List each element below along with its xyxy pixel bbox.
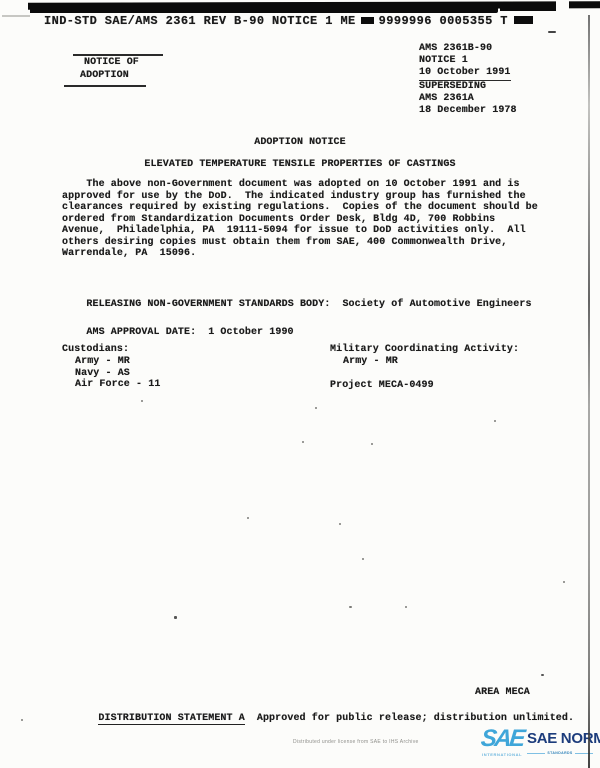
logo-rule-left [527, 753, 545, 754]
distribution-label: DISTRIBUTION STATEMENT A [98, 713, 244, 725]
superseded-doc: AMS 2361A [419, 93, 517, 105]
scan-id-text: IND-STD SAE/AMS 2361 REV B-90 NOTICE 1 M… [44, 14, 356, 28]
scan-speck [371, 443, 373, 445]
scan-top-bar-right [500, 7, 556, 11]
scan-speck [349, 606, 352, 608]
project-number: Project MECA-0499 [330, 380, 519, 392]
scan-id-code: 9999996 0005355 T [379, 14, 508, 28]
stamp-rule-top [73, 54, 163, 56]
custodian-item: Air Force - 11 [62, 379, 160, 391]
sae-international-label: INTERNATIONAL [482, 752, 522, 757]
adoption-stamp-line1: NOTICE OF [84, 57, 139, 68]
adoption-paragraph: The above non-Government document was ad… [62, 179, 538, 260]
scan-top-bar-thick [30, 7, 498, 13]
scan-speck [548, 31, 556, 33]
logo-rule-right [575, 753, 593, 754]
coordinating-value: Army - MR [330, 356, 519, 368]
distribution-text: Approved for public release; distributio… [257, 713, 574, 724]
filled-block-icon [514, 16, 533, 24]
scan-speck [362, 558, 364, 560]
scan-speck [339, 523, 341, 525]
sae-logo-icon: SAE [480, 725, 525, 753]
approval-label: AMS APPROVAL DATE: [86, 327, 196, 338]
coordinating-label: Military Coordinating Activity: [330, 344, 519, 356]
releasing-label: RELEASING NON-GOVERNMENT STANDARDS BODY: [86, 299, 330, 310]
doc-number: AMS 2361B-90 [419, 43, 517, 55]
license-watermark-text: Distributed under license from SAE to IH… [293, 739, 419, 745]
area-designation: AREA MECA [475, 687, 530, 698]
stamp-rule-bottom [64, 85, 146, 87]
filled-block-icon [361, 17, 374, 24]
scan-speck [541, 674, 544, 676]
superseded-date: 18 December 1978 [419, 105, 517, 117]
document-id-block: AMS 2361B-90 NOTICE 1 10 October 1991 SU… [419, 43, 517, 117]
custodian-item: Navy - AS [62, 368, 160, 380]
custodians-label: Custodians: [62, 344, 160, 356]
scan-speck [405, 606, 407, 608]
approval-value: 1 October 1990 [208, 327, 293, 338]
adoption-stamp-line2: ADOPTION [80, 70, 129, 81]
sae-norm-subtitle: STANDARDS [527, 751, 593, 755]
scan-speck [315, 407, 317, 409]
scan-id-header: IND-STD SAE/AMS 2361 REV B-90 NOTICE 1 M… [44, 14, 538, 28]
scan-speck [494, 420, 496, 422]
superseding-label: SUPERSEDING [419, 81, 517, 93]
scan-speck [247, 517, 249, 519]
custodians-block: Custodians: Army - MR Navy - AS Air Forc… [62, 344, 160, 391]
logo-subtitle-text: STANDARDS [547, 751, 572, 755]
releasing-value: Society of Automotive Engineers [342, 299, 531, 310]
scan-speck [174, 616, 177, 619]
sae-norm-logo: SAE INTERNATIONAL SAE NORM STANDARDS [481, 727, 597, 765]
doc-date: 10 October 1991 [419, 67, 517, 80]
scanned-document-page: IND-STD SAE/AMS 2361 REV B-90 NOTICE 1 M… [0, 0, 600, 768]
scan-speck [563, 581, 565, 583]
page-title: ADOPTION NOTICE [0, 137, 600, 148]
document-subject-title: ELEVATED TEMPERATURE TENSILE PROPERTIES … [0, 159, 600, 170]
custodian-item: Army - MR [62, 356, 160, 368]
scan-top-bar-notch [556, 1, 569, 9]
scan-speck [141, 400, 143, 402]
doc-notice: NOTICE 1 [419, 55, 517, 67]
doc-date-text: 10 October 1991 [419, 67, 511, 80]
scan-edge-line [588, 15, 590, 768]
scan-speck [21, 719, 23, 721]
scan-speck [302, 441, 304, 443]
coordinating-activity-block: Military Coordinating Activity: Army - M… [330, 344, 519, 391]
scan-left-dash [2, 15, 30, 17]
